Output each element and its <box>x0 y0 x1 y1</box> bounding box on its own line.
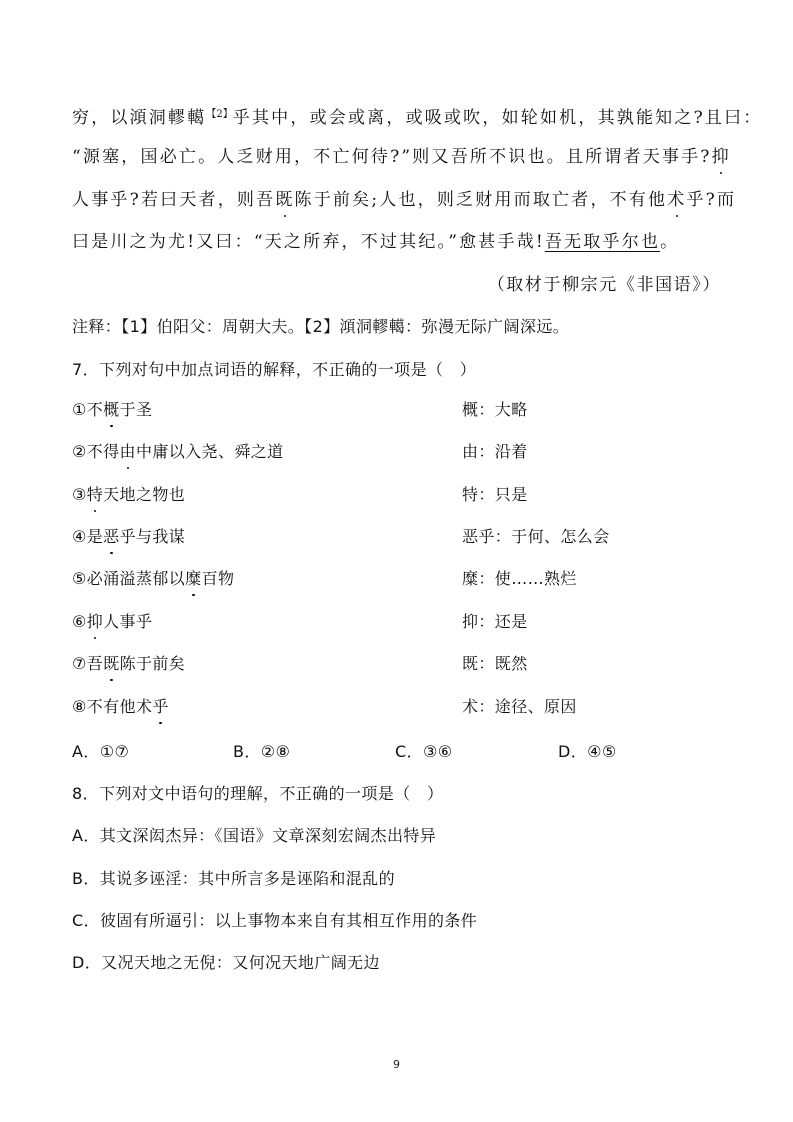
gloss: 特：只是 <box>462 483 528 507</box>
text: ⑦吾 <box>72 654 103 673</box>
page-number: 9 <box>0 1058 793 1071</box>
text: 。 <box>660 232 679 252</box>
emphasis-dot-word: 既 <box>103 652 119 676</box>
passage-line-3: 人事乎?若曰天者，则吾既陈于前矣;人也，则乏财用而取亡者，不有他术乎?而 <box>72 188 736 212</box>
q7-answer-choices: A．①⑦ B．②⑧ C．③⑥ D．④⑤ <box>0 740 793 764</box>
text: 人事乎?若曰天者，则吾 <box>72 190 275 210</box>
emphasis-dot-word: 抑 <box>87 610 103 634</box>
text: 乎?而 <box>686 190 736 210</box>
q7-item-7: ⑦吾既陈于前矣既：既然 <box>72 652 185 676</box>
text: 曰是川之为尤!又曰：“天之所弃，不过其纪。”愈甚手哉! <box>72 232 545 252</box>
text: 乎与我谋 <box>120 527 186 546</box>
question-7-prompt: 7．下列对句中加点词语的解释，不正确的一项是（ ） <box>72 358 476 382</box>
text: 陈于前矣 <box>120 654 186 673</box>
source-attribution: （取材于柳宗元《非国语》） <box>488 273 721 297</box>
text: “源塞，国必亡。人乏财用，不亡何待?”则又吾所不识也。且所谓者天事手? <box>72 147 712 167</box>
passage-line-1: 穷，以澒洞轇轕【2】乎其中，或会或离，或吸或吹，如轮如机，其孰能知之?且曰： <box>72 103 763 130</box>
passage-line-4: 曰是川之为尤!又曰：“天之所弃，不过其纪。”愈甚手哉!吾无取乎尔也。 <box>72 230 679 254</box>
text: 乎其中，或会或离，或吸或吹，如轮如机，其孰能知之?且曰： <box>233 108 763 128</box>
text: ①不 <box>72 400 103 419</box>
underlined-sentence: 吾无取乎尔也 <box>545 232 660 252</box>
q7-item-1: ①不概于圣概：大略 <box>72 398 152 422</box>
gloss: 术：途径、原因 <box>462 695 577 719</box>
q8-choice-b[interactable]: B．其说多诬淫：其中所言多是诬陷和混乱的 <box>72 867 395 891</box>
gloss: 恶乎：于何、怎么会 <box>462 525 610 549</box>
question-8-prompt: 8．下列对文中语句的理解，不正确的一项是（ ） <box>72 782 443 806</box>
q7-item-3: ③特天地之物也特：只是 <box>72 483 185 507</box>
footnote-marker: 【2】 <box>206 109 232 120</box>
q7-choice-c[interactable]: C．③⑥ <box>395 740 452 764</box>
emphasis-dot-word: 概 <box>103 398 119 422</box>
gloss: 由：沿着 <box>462 440 528 464</box>
emphasis-dot-word: 既 <box>275 188 294 212</box>
text: 穷，以澒洞轇轕 <box>72 108 206 128</box>
gloss: 糜：使……熟烂 <box>462 567 577 591</box>
gloss: 既：既然 <box>462 652 528 676</box>
q7-item-4: ④是恶乎与我谋恶乎：于何、怎么会 <box>72 525 185 549</box>
text: ②不得 <box>72 442 120 461</box>
text: 天地之物也 <box>103 485 185 504</box>
q8-choice-a[interactable]: A．其文深闳杰异：《国语》文章深刻宏阔杰出特异 <box>72 824 436 848</box>
text: 陈于前矣;人也，则乏财用而取亡者，不有他 <box>295 190 668 210</box>
q7-choice-a[interactable]: A．①⑦ <box>72 740 129 764</box>
document-page: 穷，以澒洞轇轕【2】乎其中，或会或离，或吸或吹，如轮如机，其孰能知之?且曰： “… <box>0 0 793 1122</box>
text: 于圣 <box>120 400 153 419</box>
q7-item-6: ⑥抑人事乎抑：还是 <box>72 610 152 634</box>
emphasis-dot-word: 糜 <box>185 567 201 591</box>
text: ⑥ <box>72 612 87 631</box>
text: 人事乎 <box>103 612 152 631</box>
q8-choice-d[interactable]: D．又况天地之无倪：又何况天地广阔无边 <box>72 951 380 975</box>
q7-choice-b[interactable]: B．②⑧ <box>233 740 290 764</box>
emphasis-dot-word: 抑 <box>712 145 731 169</box>
emphasis-dot-word: 乎 <box>152 695 168 719</box>
q7-item-5: ⑤必涌溢蒸郁以糜百物糜：使……熟烂 <box>72 567 234 591</box>
gloss: 概：大略 <box>462 398 528 422</box>
text: 中庸以入尧、舜之道 <box>136 442 284 461</box>
text: ④是 <box>72 527 103 546</box>
text: ③ <box>72 485 87 504</box>
text: ⑤必涌溢蒸郁以 <box>72 569 185 588</box>
q7-item-2: ②不得由中庸以入尧、舜之道由：沿着 <box>72 440 284 464</box>
q7-choice-d[interactable]: D．④⑤ <box>558 740 617 764</box>
emphasis-dot-word: 由 <box>120 440 136 464</box>
text: 百物 <box>202 569 235 588</box>
emphasis-dot-word: 特 <box>87 483 103 507</box>
gloss: 抑：还是 <box>462 610 528 634</box>
annotation-notes: 注释：【1】伯阳父：周朝大夫。【2】澒洞轇轕：弥漫无际广阔深远。 <box>72 315 569 339</box>
emphasis-dot-word: 术 <box>667 188 686 212</box>
q8-choice-c[interactable]: C．彼固有所逼引：以上事物本来自有其相互作用的条件 <box>72 909 477 933</box>
emphasis-dot-word: 恶 <box>103 525 119 549</box>
passage-line-2: “源塞，国必亡。人乏财用，不亡何待?”则又吾所不识也。且所谓者天事手?抑 <box>72 145 731 169</box>
q7-item-8: ⑧不有他术乎术：途径、原因 <box>72 695 169 719</box>
text: ⑧不有他术 <box>72 697 152 716</box>
